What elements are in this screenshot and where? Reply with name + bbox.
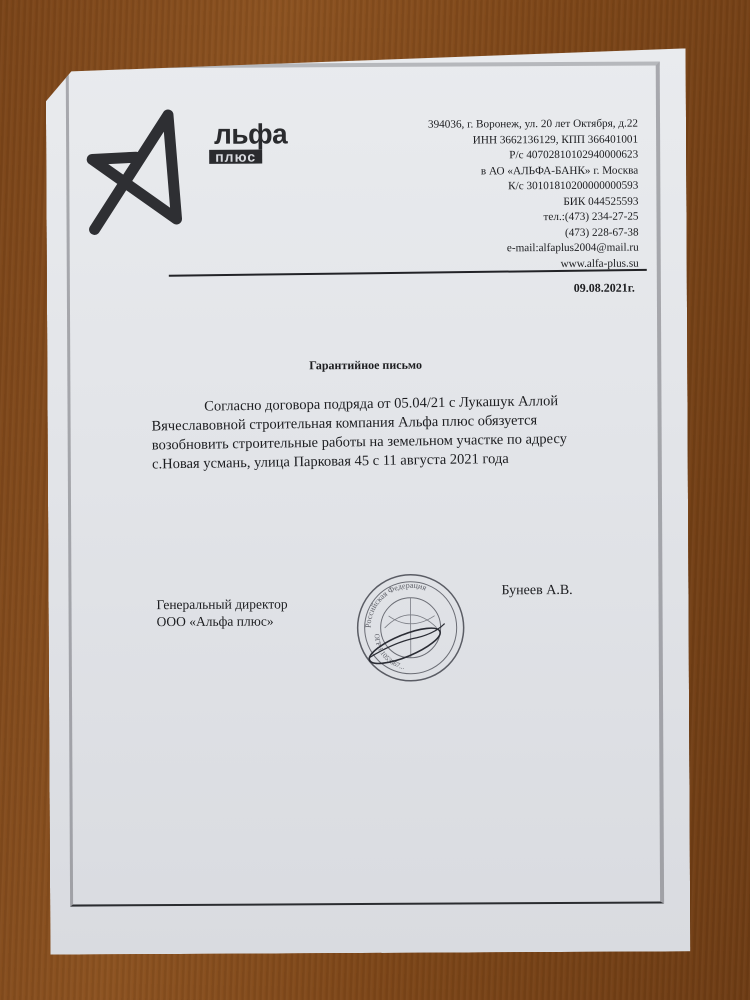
inn-kpp: ИНН 3662136129, КПП 366401001 xyxy=(428,132,638,149)
correspondent-account: К/с 30101810200000000593 xyxy=(428,179,638,196)
phone-2: (473) 228-67-38 xyxy=(428,225,638,242)
round-seal-stamp-icon: Российская Федерация ОГРН 1053667... xyxy=(354,571,467,684)
company-logo: льфа плюс xyxy=(84,100,305,241)
logo-word-plus: плюс xyxy=(209,150,262,164)
signatory-name: Бунеев А.В. xyxy=(501,583,572,599)
position-line-2: ООО «Альфа плюс» xyxy=(157,612,288,630)
alfa-star-logo-icon xyxy=(84,101,225,242)
bik: БИК 044525593 xyxy=(428,194,638,211)
document-page: льфа плюс 394036, г. Воронеж, ул. 20 лет… xyxy=(46,48,691,954)
bank-name: в АО «АЛЬФА-БАНК» г. Москва xyxy=(428,163,638,180)
address: 394036, г. Воронеж, ул. 20 лет Октября, … xyxy=(428,117,638,134)
position-line-1: Генеральный директор xyxy=(156,595,287,613)
email: e-mail:alfaplus2004@mail.ru xyxy=(429,241,639,258)
signatory-position: Генеральный директор ООО «Альфа плюс» xyxy=(156,595,287,630)
company-requisites: 394036, г. Воронеж, ул. 20 лет Октября, … xyxy=(428,117,639,273)
bank-account: Р/с 40702810102940000623 xyxy=(428,148,638,165)
letter-date: 09.08.2021г. xyxy=(574,281,635,296)
letter-title: Гарантийное письмо xyxy=(309,358,422,374)
phone-1: тел.:(473) 234-27-25 xyxy=(428,210,638,227)
logo-word-alfa: льфа xyxy=(214,118,287,150)
letter-body: Согласно договора подряда от 05.04/21 с … xyxy=(151,391,602,474)
svg-text:Российская Федерация: Российская Федерация xyxy=(363,581,428,629)
